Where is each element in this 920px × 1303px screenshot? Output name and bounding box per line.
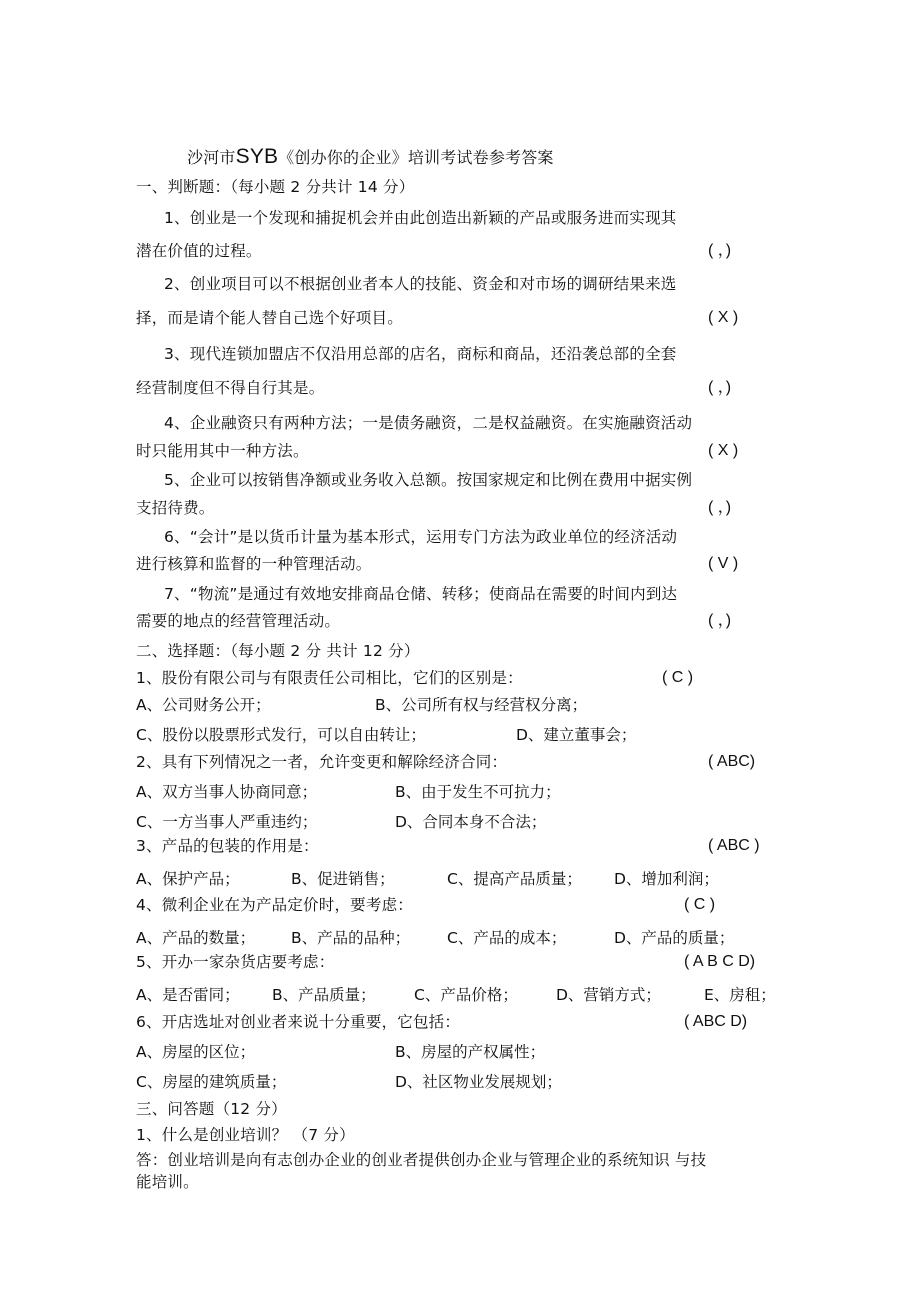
judge-q1-line2: 潜在价值的过程。 bbox=[136, 241, 262, 261]
judge-q4-line1: 4、企业融资只有两种方法；一是债务融资，二是权益融资。在实施融资活动 bbox=[164, 413, 692, 433]
choice-q3-option-b: B、促进销售； bbox=[291, 869, 395, 889]
choice-q1: 1、股份有限公司与有限责任公司相比，它们的区别是： bbox=[136, 668, 523, 688]
qa-q1-answer-line1: 答：创业培训是向有志创办企业的创业者提供创办企业与管理企业的系统知识 与技 bbox=[136, 1150, 706, 1170]
judge-q2-line1: 2、创业项目可以不根据创业者本人的技能、资金和对市场的调研结果来选 bbox=[164, 274, 676, 294]
title-prefix: 沙河市 bbox=[187, 148, 236, 167]
judge-q4-line2: 时只能用其中一种方法。 bbox=[136, 441, 309, 461]
judge-q5-answer: ( ，) bbox=[708, 498, 731, 518]
choice-q6-option-a: A、房屋的区位； bbox=[136, 1042, 255, 1062]
judge-q1-answer: ( ，) bbox=[708, 241, 731, 261]
section3-heading: 三、问答题（12 分） bbox=[136, 1099, 287, 1119]
judge-q4-answer: ( X ) bbox=[708, 441, 738, 461]
choice-q6-option-d: D、社区物业发展规划； bbox=[395, 1072, 562, 1092]
choice-q6: 6、开店选址对创业者来说十分重要，它包括： bbox=[136, 1012, 460, 1032]
choice-q4-option-a: A、产品的数量； bbox=[136, 928, 255, 948]
judge-q5-line2: 支招待费。 bbox=[136, 498, 215, 518]
choice-q4-option-b: B、产品的品种； bbox=[291, 928, 410, 948]
choice-q5-option-d: D、营销方式； bbox=[556, 985, 661, 1005]
choice-q1-answer: ( C ) bbox=[662, 668, 693, 688]
choice-q2-answer: ( ABC) bbox=[708, 752, 755, 772]
qa-q1: 1、什么是创业培训？ （7 分） bbox=[136, 1125, 355, 1145]
judge-q7-line1: 7、“物流”是通过有效地安排商品仓储、转移；使商品在需要的时间内到达 bbox=[164, 584, 677, 604]
choice-q5-option-a: A、是否雷同； bbox=[136, 985, 240, 1005]
choice-q5-option-b: B、产品质量； bbox=[272, 985, 376, 1005]
choice-q3-option-d: D、增加利润； bbox=[614, 869, 719, 889]
choice-q3-option-a: A、保护产品； bbox=[136, 869, 240, 889]
choice-q5-option-e: E、房租； bbox=[704, 985, 776, 1005]
choice-q4-answer: ( C ) bbox=[684, 895, 715, 915]
judge-q6-line1: 6、“会计”是以货币计量为基本形式，运用专门方法为政业单位的经济活动 bbox=[164, 527, 677, 547]
choice-q3-answer: ( ABC ) bbox=[708, 836, 760, 856]
judge-q7-line2: 需要的地点的经营管理活动。 bbox=[136, 611, 340, 631]
choice-q3: 3、产品的包装的作用是： bbox=[136, 836, 319, 856]
choice-q1-option-b: B、公司所有权与经营权分离； bbox=[375, 695, 587, 715]
section1-heading: 一、判断题：（每小题 2 分共计 14 分） bbox=[136, 177, 414, 197]
choice-q2-option-c: C、一方当事人严重违约； bbox=[136, 812, 317, 832]
judge-q2-answer: ( X ) bbox=[708, 308, 738, 328]
document-title: 沙河市SYB《创办你的企业》培训考试卷参考答案 bbox=[187, 147, 554, 168]
choice-q1-option-d: D、建立董事会； bbox=[516, 725, 636, 745]
choice-q5: 5、开办一家杂货店要考虑： bbox=[136, 952, 334, 972]
judge-q3-line1: 3、现代连锁加盟店不仅沿用总部的店名，商标和商品，还沿袭总部的全套 bbox=[164, 344, 676, 364]
choice-q5-option-c: C、产品价格； bbox=[414, 985, 518, 1005]
choice-q2-option-a: A、双方当事人协商同意； bbox=[136, 782, 317, 802]
title-suffix: 《创办你的企业》培训考试卷参考答案 bbox=[278, 148, 553, 167]
choice-q2-option-b: B、由于发生不可抗力； bbox=[395, 782, 561, 802]
choice-q6-option-b: B、房屋的产权属性； bbox=[395, 1042, 545, 1062]
judge-q5-line1: 5、企业可以按销售净额或业务收入总额。按国家规定和比例在费用中据实例 bbox=[164, 470, 692, 490]
choice-q6-answer: ( ABC D) bbox=[684, 1012, 747, 1032]
judge-q2-line2: 择，而是请个能人替自己选个好项目。 bbox=[136, 308, 403, 328]
choice-q1-option-a: A、公司财务公开； bbox=[136, 695, 271, 715]
choice-q2: 2、具有下列情况之一者，允许变更和解除经济合同： bbox=[136, 752, 507, 772]
choice-q3-option-c: C、提高产品质量； bbox=[447, 869, 582, 889]
judge-q1-line1: 1、创业是一个发现和捕捉机会并由此创造出新颖的产品或服务进而实现其 bbox=[164, 208, 676, 228]
judge-q3-answer: ( ，) bbox=[708, 378, 731, 398]
document-page: 沙河市SYB《创办你的企业》培训考试卷参考答案 一、判断题：（每小题 2 分共计… bbox=[0, 0, 920, 1303]
judge-q3-line2: 经营制度但不得自行其是。 bbox=[136, 378, 324, 398]
choice-q6-option-c: C、房屋的建筑质量； bbox=[136, 1072, 286, 1092]
title-syb: SYB bbox=[236, 145, 279, 168]
choice-q2-option-d: D、合同本身不合法； bbox=[395, 812, 546, 832]
choice-q4-option-d: D、产品的质量； bbox=[614, 928, 734, 948]
judge-q7-answer: ( ，) bbox=[708, 611, 731, 631]
judge-q6-line2: 进行核算和监督的一种管理活动。 bbox=[136, 554, 372, 574]
qa-q1-answer-line2: 能培训。 bbox=[136, 1172, 199, 1192]
choice-q4: 4、微利企业在为产品定价时，要考虑： bbox=[136, 895, 413, 915]
section2-heading: 二、选择题：（每小题 2 分 共计 12 分） bbox=[136, 641, 420, 661]
choice-q4-option-c: C、产品的成本； bbox=[447, 928, 566, 948]
judge-q6-answer: ( V ) bbox=[708, 554, 738, 574]
choice-q5-answer: ( A B C D) bbox=[684, 952, 755, 972]
choice-q1-option-c: C、股份以股票形式发行，可以自由转让； bbox=[136, 725, 426, 745]
